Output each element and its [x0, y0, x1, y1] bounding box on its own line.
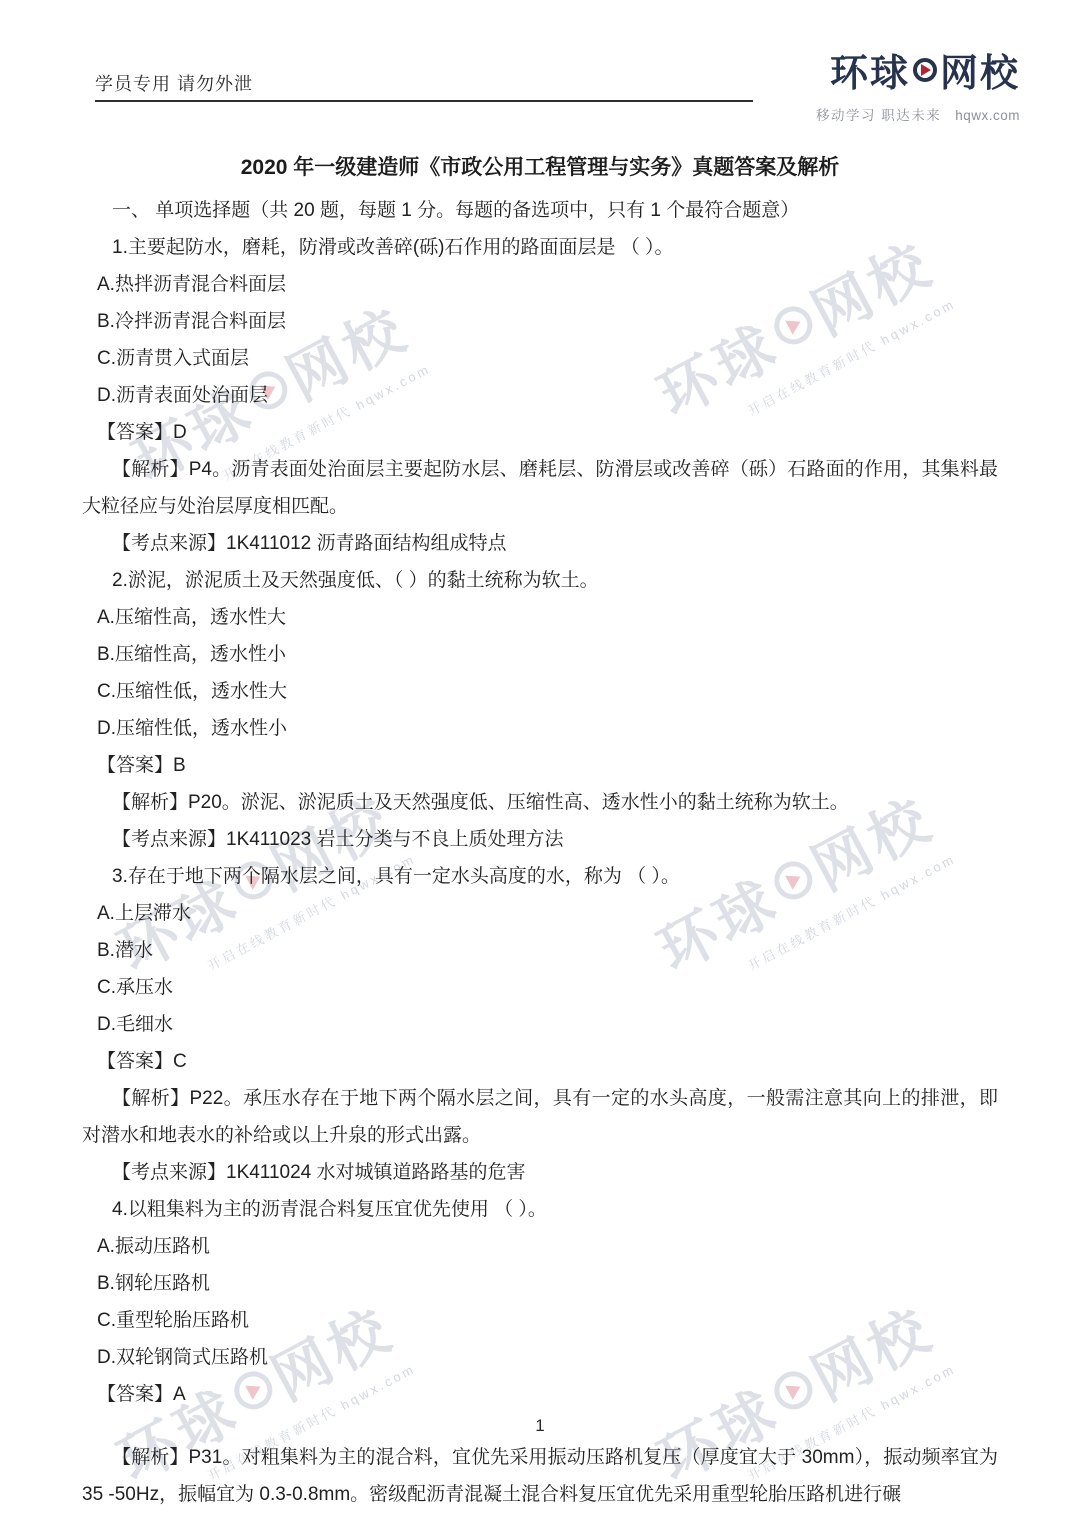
question-block-3: 3.存在于地下两个隔水层之间，具有一定水头高度的水，称为 （ ）。 A.上层滞水…	[82, 858, 998, 1191]
section-heading: 一、 单项选择题（共 20 题，每题 1 分。每题的备选项中，只有 1 个最符合…	[82, 192, 998, 229]
analysis-line: 【解析】P31。对粗集料为主的混合料，宜优先采用振动压路机复压（厚度宜大于 30…	[82, 1439, 998, 1513]
analysis-line: 【解析】P22。承压水存在于地下两个隔水层之间，具有一定的水头高度，一般需注意其…	[82, 1080, 998, 1154]
source-line: 【考点来源】1K411012 沥青路面结构组成特点	[82, 525, 998, 562]
document-body: 2020 年一级建造师《市政公用工程管理与实务》真题答案及解析 一、 单项选择题…	[82, 148, 998, 1513]
confidential-note: 学员专用 请勿外泄	[95, 70, 253, 96]
option-d: D.沥青表面处治面层	[82, 377, 998, 414]
option-a: A.压缩性高，透水性大	[82, 599, 998, 636]
option-a: A.热拌沥青混合料面层	[82, 266, 998, 303]
document-page: 环球网校 开启在线教育新时代 hqwx.com 环球网校 开启在线教育新时代 h…	[0, 0, 1080, 1527]
logo-wordmark: 环球 网校	[816, 42, 1020, 97]
analysis-line: 【解析】P20。淤泥、淤泥质土及天然强度低、压缩性高、透水性小的黏土统称为软土。	[82, 784, 998, 821]
option-b: B.冷拌沥青混合料面层	[82, 303, 998, 340]
answer-line: 【答案】B	[82, 747, 998, 784]
question-block-4: 4.以粗集料为主的沥青混合料复压宜优先使用 （ ）。 A.振动压路机 B.钢轮压…	[82, 1191, 998, 1513]
option-a: A.上层滞水	[82, 895, 998, 932]
page-number: 1	[82, 1413, 998, 1439]
option-c: C.重型轮胎压路机	[82, 1302, 998, 1339]
option-d: D.毛细水	[82, 1006, 998, 1043]
brand-logo: 环球 网校 移动学习 职达未来hqwx.com	[816, 42, 1020, 124]
question-stem: 2.淤泥，淤泥质土及天然强度低、（ ）的黏土统称为软土。	[82, 562, 998, 599]
logo-text-right: 网校	[940, 42, 1020, 97]
answer-line: 【答案】C	[82, 1043, 998, 1080]
question-stem: 4.以粗集料为主的沥青混合料复压宜优先使用 （ ）。	[82, 1191, 998, 1228]
option-b: B.压缩性高，透水性小	[82, 636, 998, 673]
analysis-line: 【解析】P4。沥青表面处治面层主要起防水层、磨耗层、防滑层或改善碎（砾）石路面的…	[82, 451, 998, 525]
logo-text-left: 环球	[830, 42, 910, 97]
option-c: C.承压水	[82, 969, 998, 1006]
answer-line: 【答案】D	[82, 414, 998, 451]
play-icon	[913, 58, 937, 82]
option-d: D.双轮钢筒式压路机	[82, 1339, 998, 1376]
question-stem: 3.存在于地下两个隔水层之间，具有一定水头高度的水，称为 （ ）。	[82, 858, 998, 895]
option-c: C.沥青贯入式面层	[82, 340, 998, 377]
tagline-text: 移动学习 职达未来	[816, 108, 941, 123]
option-a: A.振动压路机	[82, 1228, 998, 1265]
question-block-1: 1.主要起防水，磨耗，防滑或改善碎(砾)石作用的路面面层是 （ ）。 A.热拌沥…	[82, 229, 998, 562]
header-divider	[95, 100, 753, 102]
question-stem: 1.主要起防水，磨耗，防滑或改善碎(砾)石作用的路面面层是 （ ）。	[82, 229, 998, 266]
source-line: 【考点来源】1K411024 水对城镇道路路基的危害	[82, 1154, 998, 1191]
question-block-2: 2.淤泥，淤泥质土及天然强度低、（ ）的黏土统称为软土。 A.压缩性高，透水性大…	[82, 562, 998, 858]
option-d: D.压缩性低，透水性小	[82, 710, 998, 747]
source-line: 【考点来源】1K411023 岩土分类与不良上质处理方法	[82, 821, 998, 858]
option-c: C.压缩性低，透水性大	[82, 673, 998, 710]
option-b: B.钢轮压路机	[82, 1265, 998, 1302]
triangle-icon	[921, 64, 931, 76]
answer-line: 【答案】A	[82, 1376, 998, 1413]
page-title: 2020 年一级建造师《市政公用工程管理与实务》真题答案及解析	[82, 148, 998, 188]
site-url: hqwx.com	[955, 108, 1020, 123]
option-b: B.潜水	[82, 932, 998, 969]
logo-tagline: 移动学习 职达未来hqwx.com	[816, 104, 1020, 124]
